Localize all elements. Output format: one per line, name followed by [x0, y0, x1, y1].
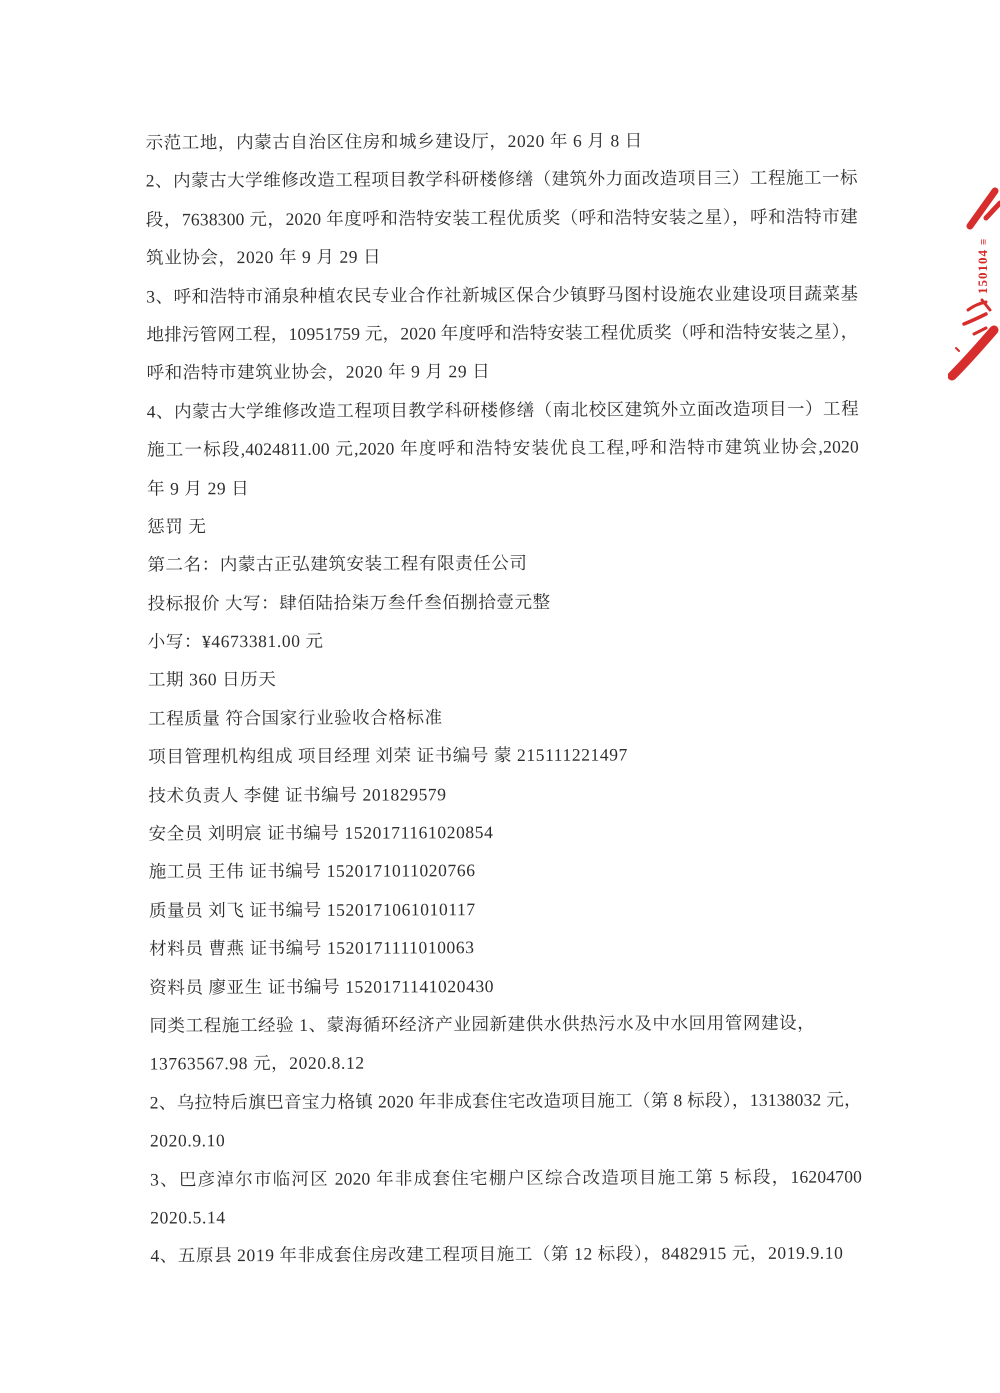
- document-line: 2020.9.10: [150, 1119, 862, 1160]
- document-line: 工程质量 符合国家行业验收合格标准: [148, 696, 860, 737]
- document-line: 4、内蒙古大学维修改造工程项目教学科研楼修缮（南北校区建筑外立面改造项目一）工程: [147, 389, 859, 430]
- document-line: 2、内蒙古大学维修改造工程项目教学科研楼修缮（建筑外力面改造项目三）工程施工一标: [146, 159, 858, 200]
- stamp-mark: ≡: [978, 238, 990, 245]
- document-line: 2、乌拉特后旗巴音宝力格镇 2020 年非成套住宅改造项目施工（第 8 标段），…: [150, 1080, 862, 1121]
- red-stamp-fragment: 150104≡: [948, 182, 1000, 382]
- document-line: 施工员 王伟 证书编号 1520171011020766: [149, 850, 861, 891]
- document-line: 工期 360 日历天: [148, 658, 860, 699]
- document-line: 2020.5.14: [150, 1195, 862, 1236]
- document-line: 惩罚 无: [147, 504, 859, 545]
- document-line: 项目管理机构组成 项目经理 刘荣 证书编号 蒙 215111221497: [148, 735, 860, 776]
- document-line: 筑业协会，2020 年 9 月 29 日: [146, 236, 858, 277]
- document-line: 安全员 刘明宸 证书编号 1520171161020854: [149, 811, 861, 852]
- document-line: 第二名：内蒙古正弘建筑安装工程有限责任公司: [147, 543, 859, 584]
- document-line: 呼和浩特市建筑业协会，2020 年 9 月 29 日: [146, 351, 858, 392]
- document-line: 投标报价 大写：肆佰陆拾柒万叁仟叁佰捌拾壹元整: [148, 581, 860, 622]
- document-line: 资料员 廖亚生 证书编号 1520171141020430: [149, 965, 861, 1006]
- document-line: 地排污管网工程，10951759 元，2020 年度呼和浩特安装工程优质奖（呼和…: [146, 312, 858, 353]
- stamp-code-text: 150104≡: [975, 236, 989, 294]
- document-line: 施工一标段,4024811.00 元,2020 年度呼和浩特安装优良工程,呼和浩…: [147, 428, 859, 469]
- stamp-digits: 150104: [975, 249, 990, 294]
- document-line: 3、巴彦淖尔市临河区 2020 年非成套住宅棚户区综合改造项目施工第 5 标段，…: [150, 1157, 862, 1198]
- document-line: 小写：¥4673381.00 元: [148, 620, 860, 661]
- document-line: 13763567.98 元，2020.8.12: [150, 1042, 862, 1083]
- scanned-document-page: 示范工地，内蒙古自治区住房和城乡建设厅，2020 年 6 月 8 日2、内蒙古大…: [0, 0, 1000, 1393]
- document-line: 质量员 刘飞 证书编号 1520171061010117: [149, 888, 861, 929]
- document-line: 年 9 月 29 日: [147, 466, 859, 507]
- stamp-stroke-marks: [948, 182, 1000, 382]
- document-line: 同类工程施工经验 1、蒙海循环经济产业园新建供水供热污水及中水回用管网建设，: [149, 1003, 861, 1044]
- document-line: 示范工地，内蒙古自治区住房和城乡建设厅，2020 年 6 月 8 日: [145, 120, 857, 161]
- document-line: 3、呼和浩特市涌泉种植农民专业合作社新城区保合少镇野马图村设施农业建设项目蔬菜基: [146, 274, 858, 315]
- document-line: 4、五原县 2019 年非成套住房改建工程项目施工（第 12 标段），84829…: [150, 1234, 862, 1275]
- document-line: 技术负责人 李健 证书编号 201829579: [148, 773, 860, 814]
- document-line: 段，7638300 元，2020 年度呼和浩特安装工程优质奖（呼和浩特安装之星）…: [146, 197, 858, 238]
- document-text-block: 示范工地，内蒙古自治区住房和城乡建设厅，2020 年 6 月 8 日2、内蒙古大…: [145, 120, 862, 1275]
- document-line: 材料员 曹燕 证书编号 1520171111010063: [149, 927, 861, 968]
